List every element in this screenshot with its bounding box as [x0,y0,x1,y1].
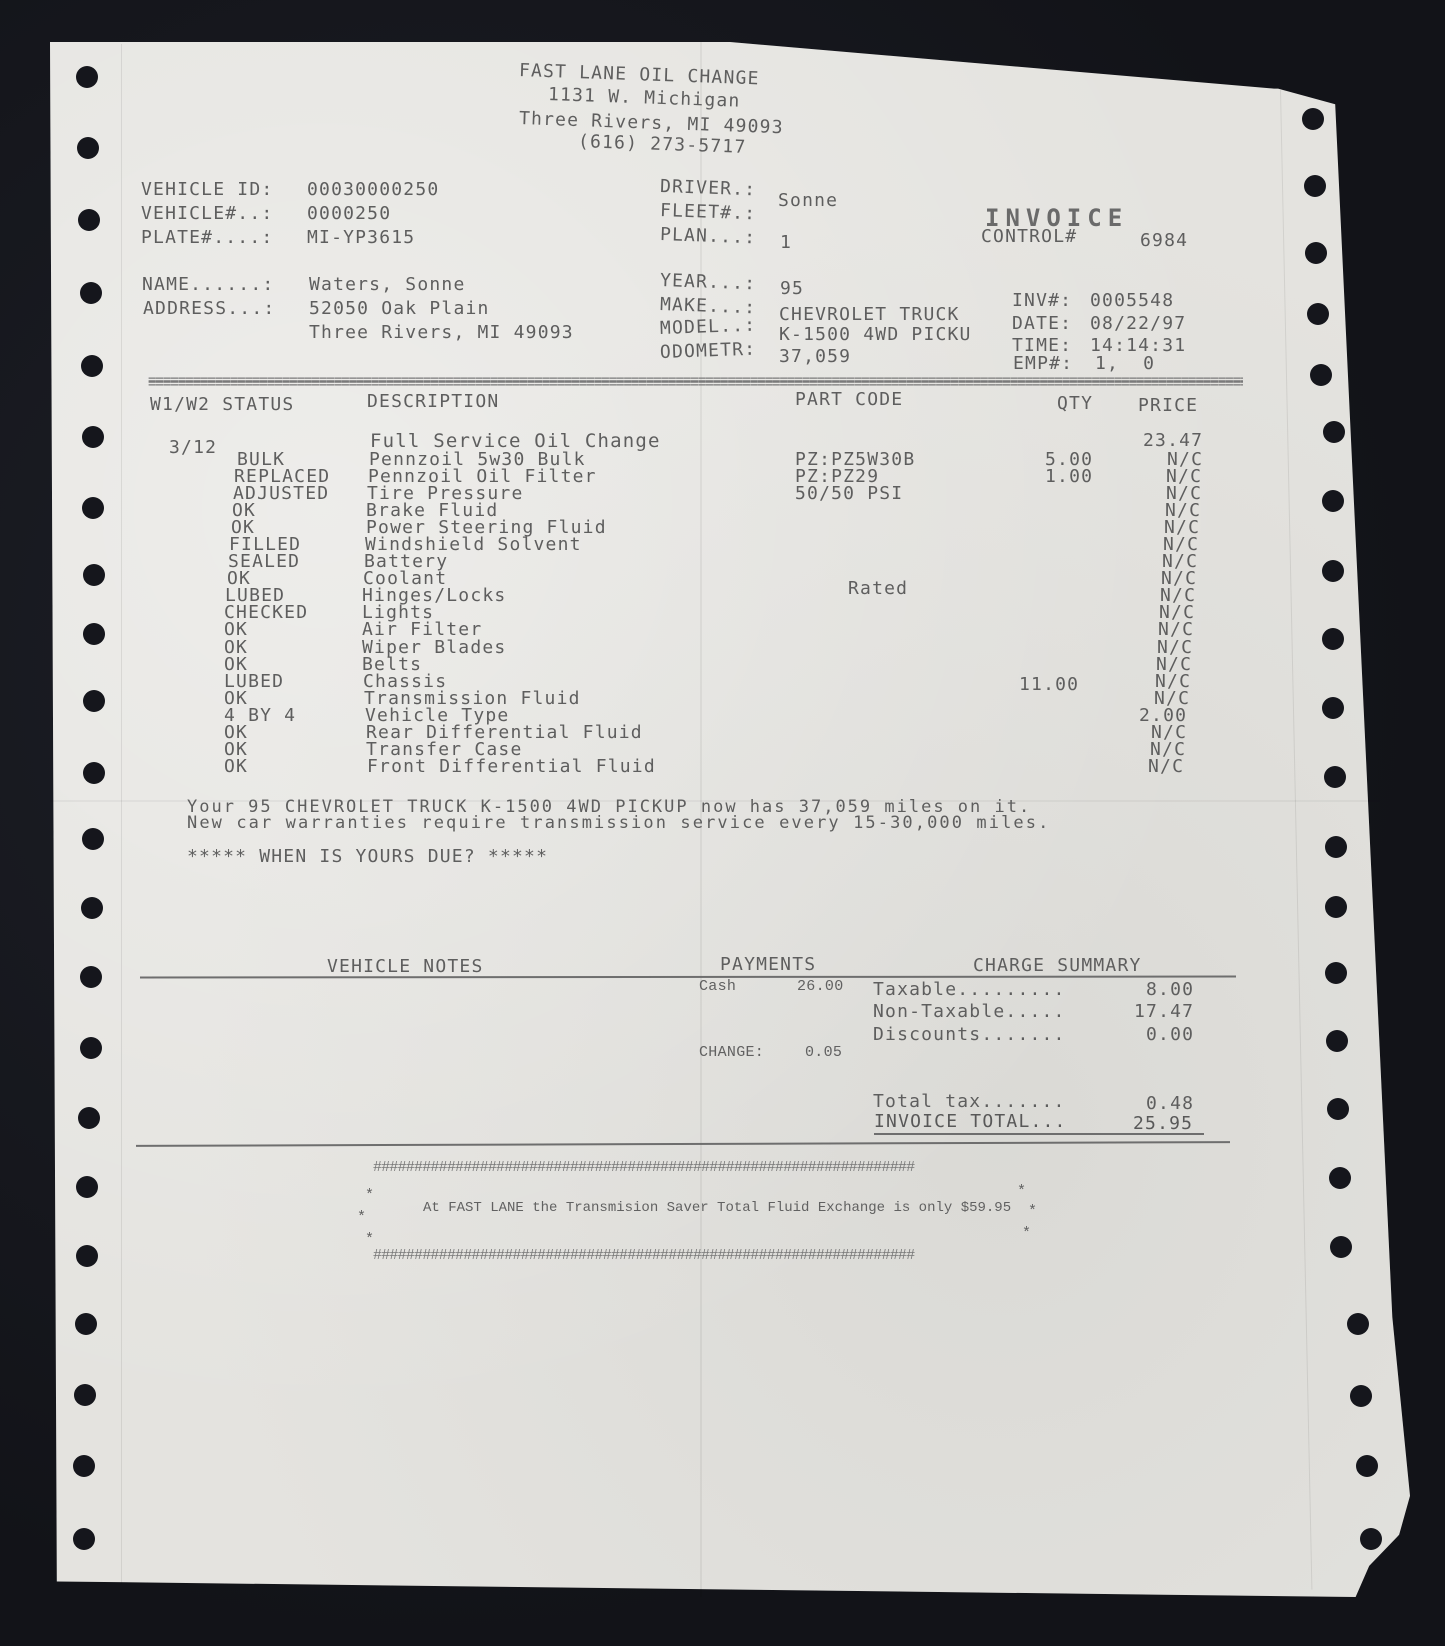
nontaxable-value: 17.47 [1134,1003,1194,1021]
table-row: FILLED Windshield Solvent N/C [0,536,1445,553]
taxable-value: 8.00 [1146,981,1194,999]
promo-asterisk: * [365,1232,374,1247]
promo-asterisk: * [365,1188,374,1203]
row-qty: 1.00 [1045,468,1093,486]
total-underline [874,1133,1204,1135]
table-row: Full Service Oil Change 23.47 [0,432,1445,449]
row-description: Front Differential Fluid [367,758,656,776]
payments-label: PAYMENTS [720,956,816,974]
total-tax-label: Total tax....... [873,1093,1066,1111]
table-row: OK Brake Fluid N/C [0,502,1445,519]
table-row: OK Transmission Fluid N/C [0,690,1445,707]
row-price: 23.47 [1143,432,1203,450]
table-row: OK Front Differential Fluid N/C [0,758,1445,775]
promo-asterisk: * [357,1210,366,1225]
total-tax-value: 0.48 [1146,1095,1194,1113]
discounts-label: Discounts....... [873,1026,1066,1044]
table-row: LUBED Chassis 11.00 N/C [0,673,1445,690]
promo-border-top: ########################################… [373,1160,914,1175]
discounts-value: 0.00 [1146,1026,1194,1044]
table-row: LUBED Hinges/Locks N/C [0,587,1445,604]
row-price: N/C [1148,758,1184,776]
table-row: OK Coolant Rated N/C [0,570,1445,587]
payment-method: Cash [699,979,736,994]
row-status: OK [224,758,248,776]
invoice-total-label: INVOICE TOTAL... [874,1113,1067,1131]
charge-summary-label: CHARGE SUMMARY [973,957,1142,975]
invoice-total-value: 25.95 [1133,1115,1193,1133]
promo-asterisk: * [1028,1204,1037,1219]
table-row: OK Air Filter N/C [0,621,1445,638]
promo-text: At FAST LANE the Transmision Saver Total… [423,1201,1011,1215]
table-row: OK Rear Differential Fluid N/C [0,724,1445,741]
row-part-code: 50/50 PSI [795,485,903,503]
payment-amount: 26.00 [797,979,844,994]
change-label: CHANGE: [699,1045,764,1060]
table-row: OK Transfer Case N/C [0,741,1445,758]
message-line3: ***** WHEN IS YOURS DUE? ***** [187,848,548,866]
table-row: 4 BY 4 Vehicle Type 2.00 [0,707,1445,724]
change-amount: 0.05 [805,1045,842,1060]
invoice-photo: FAST LANE OIL CHANGE 1131 W. Michigan Th… [0,0,1445,1646]
nontaxable-label: Non-Taxable..... [873,1003,1066,1021]
table-row: OK Power Steering Fluid N/C [0,519,1445,536]
promo-border-bottom: ########################################… [373,1248,914,1263]
table-row: BULK Pennzoil 5w30 Bulk PZ:PZ5W30B 5.00 … [0,451,1445,468]
table-row: ADJUSTED Tire Pressure 50/50 PSI N/C [0,485,1445,502]
table-row: REPLACED Pennzoil Oil Filter PZ:PZ29 1.0… [0,468,1445,485]
promo-asterisk: * [1017,1184,1026,1199]
table-row: SEALED Battery N/C [0,553,1445,570]
vehicle-notes-label: VEHICLE NOTES [327,958,483,976]
taxable-label: Taxable......... [873,981,1066,999]
table-row: CHECKED Lights N/C [0,604,1445,621]
message-line2: New car warranties require transmission … [187,815,1050,832]
promo-asterisk: * [1022,1226,1031,1241]
table-row: OK Belts N/C [0,656,1445,673]
table-row: OK Wiper Blades N/C [0,639,1445,656]
